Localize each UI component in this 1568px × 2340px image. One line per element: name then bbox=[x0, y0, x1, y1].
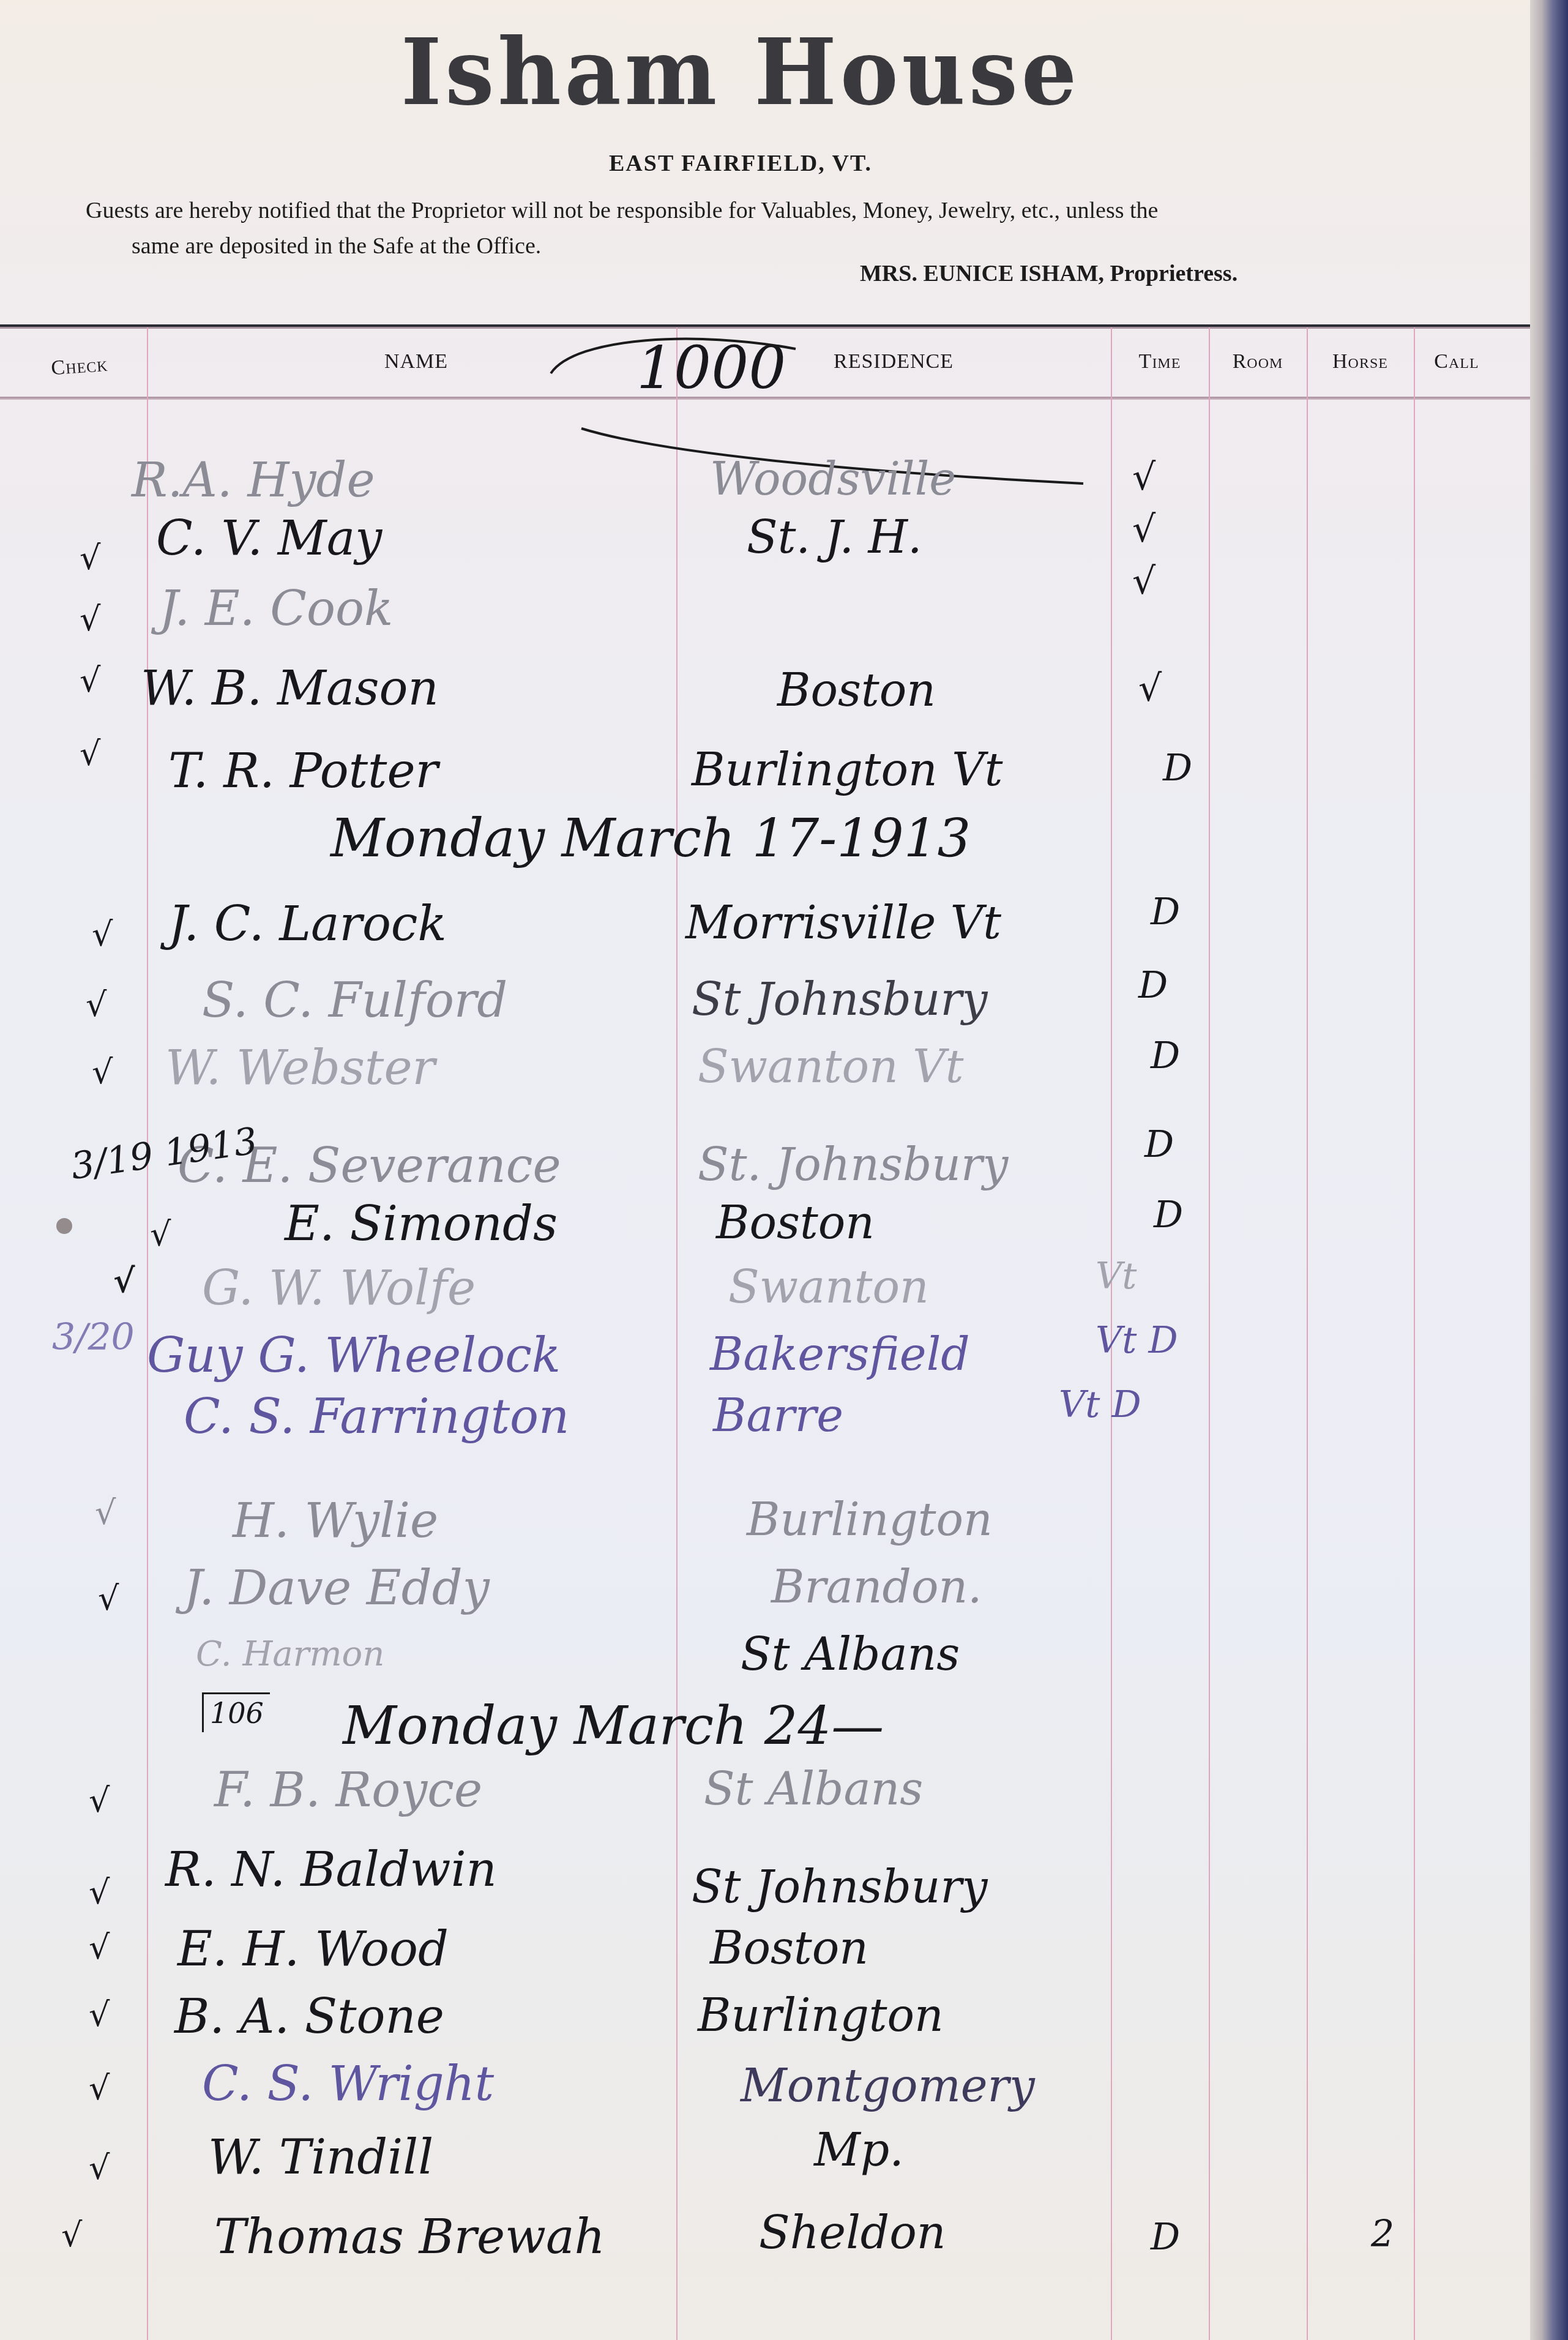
column-header-check: Check bbox=[24, 351, 135, 382]
guest-residence: St. J. H. bbox=[747, 511, 922, 564]
hotel-title: Isham House bbox=[37, 18, 1444, 126]
guest-residence: Burlington bbox=[698, 1989, 944, 2042]
guest-name: J. Dave Eddy bbox=[184, 1561, 490, 1616]
time-mark: √ bbox=[1132, 508, 1155, 551]
guest-count-note: 106 bbox=[202, 1692, 270, 1732]
time-mark: Vt bbox=[1096, 1255, 1137, 1298]
check-mark: √ bbox=[61, 2216, 82, 2254]
guest-residence: Mp. bbox=[814, 2124, 904, 2177]
time-mark: D bbox=[1138, 964, 1168, 1007]
margin-date-note: 3/20 bbox=[52, 1316, 135, 1359]
guest-residence: St Albans bbox=[741, 1628, 960, 1681]
time-mark: √ bbox=[1132, 456, 1155, 499]
guest-name: J. E. Cook bbox=[159, 581, 393, 637]
guest-name: G. W. Wolfe bbox=[202, 1261, 476, 1316]
guest-name: B. A. Stone bbox=[174, 1989, 444, 2044]
guest-residence: Barre bbox=[713, 1389, 843, 1442]
time-mark: √ bbox=[1138, 667, 1162, 710]
guest-name: W. B. Mason bbox=[141, 661, 439, 716]
guest-name: W. Webster bbox=[165, 1041, 435, 1096]
guest-residence: Brandon. bbox=[771, 1561, 982, 1613]
book-binding-edge bbox=[1530, 0, 1568, 2340]
check-mark: √ bbox=[92, 915, 113, 954]
time-mark: Vt D bbox=[1096, 1319, 1178, 1362]
check-mark: √ bbox=[89, 2069, 110, 2107]
check-mark: √ bbox=[113, 1261, 135, 1300]
guest-name: J. C. Larock bbox=[168, 897, 447, 952]
guest-name: H. Wylie bbox=[233, 1493, 438, 1549]
time-mark: D bbox=[1151, 2216, 1180, 2259]
guest-name: Thomas Brewah bbox=[214, 2210, 605, 2265]
check-mark: √ bbox=[89, 1781, 110, 1820]
hotel-location: EAST FAIRFIELD, VT. bbox=[0, 150, 1481, 177]
valuables-notice: Guests are hereby notified that the Prop… bbox=[86, 193, 1432, 264]
guest-residence: Woodsville bbox=[710, 453, 956, 506]
guest-residence: Burlington Vt bbox=[692, 744, 1002, 796]
guest-residence: Morrisville Vt bbox=[685, 897, 1001, 949]
time-mark: Vt D bbox=[1059, 1383, 1141, 1426]
guest-residence: St Albans bbox=[704, 1763, 923, 1815]
time-mark: D bbox=[1151, 891, 1180, 933]
check-mark: √ bbox=[80, 661, 100, 700]
column-divider bbox=[1414, 327, 1415, 2340]
check-mark: √ bbox=[89, 1928, 110, 1967]
check-mark: √ bbox=[86, 985, 106, 1024]
column-header-call: Call bbox=[1417, 350, 1496, 373]
check-mark: √ bbox=[80, 539, 100, 577]
guest-residence: Burlington bbox=[747, 1493, 993, 1546]
column-header-room: Room bbox=[1212, 350, 1304, 373]
guest-name: R. N. Baldwin bbox=[165, 1842, 497, 1897]
guest-name: T. R. Potter bbox=[168, 744, 438, 799]
column-divider bbox=[1209, 327, 1210, 2340]
time-mark: D bbox=[1144, 1123, 1174, 1166]
column-divider bbox=[676, 327, 678, 2340]
guest-name: R.A. Hyde bbox=[132, 453, 375, 508]
check-mark: √ bbox=[150, 1215, 171, 1254]
time-mark: D bbox=[1163, 747, 1192, 790]
check-mark: √ bbox=[92, 1053, 113, 1091]
check-mark: √ bbox=[89, 1995, 110, 2034]
guest-residence: Boston bbox=[777, 664, 936, 717]
check-mark: √ bbox=[89, 2148, 110, 2187]
guest-residence: Swanton Vt bbox=[698, 1041, 963, 1093]
guest-residence: St Johnsbury bbox=[692, 973, 988, 1026]
guest-name: C. V. May bbox=[156, 511, 382, 566]
time-mark: D bbox=[1154, 1194, 1183, 1236]
proprietress-name: MRS. EUNICE ISHAM, Proprietress. bbox=[860, 260, 1238, 287]
notice-line-2: same are deposited in the Safe at the Of… bbox=[86, 228, 1432, 264]
guest-name: Guy G. Wheelock bbox=[147, 1328, 561, 1383]
check-mark: √ bbox=[89, 1873, 110, 1912]
ink-blot bbox=[56, 1218, 72, 1234]
check-mark: √ bbox=[95, 1493, 116, 1532]
guest-residence: Sheldon bbox=[759, 2207, 946, 2259]
guest-name: C. S. Farrington bbox=[184, 1389, 569, 1445]
date-header: Monday March 24— bbox=[343, 1695, 884, 1757]
check-mark: √ bbox=[80, 600, 100, 638]
time-mark: √ bbox=[1132, 560, 1155, 603]
guest-residence: Bakersfield bbox=[710, 1328, 970, 1381]
guest-residence: St Johnsbury bbox=[692, 1861, 988, 1913]
ledger-page: Isham House EAST FAIRFIELD, VT. Guests a… bbox=[0, 0, 1530, 2340]
header-rule-top bbox=[0, 324, 1530, 329]
column-header-horse: Horse bbox=[1310, 350, 1411, 373]
guest-residence: Swanton bbox=[728, 1261, 929, 1314]
date-header: Monday March 17-1913 bbox=[330, 808, 971, 869]
guest-name: S. C. Fulford bbox=[202, 973, 507, 1028]
time-mark: D bbox=[1151, 1034, 1180, 1077]
column-divider bbox=[1307, 327, 1308, 2340]
guest-name: E. Simonds bbox=[285, 1197, 558, 1252]
guest-name: C. S. Wright bbox=[202, 2057, 494, 2112]
column-header-name: NAME bbox=[343, 350, 490, 373]
guest-residence: Boston bbox=[710, 1922, 868, 1975]
notice-line-1: Guests are hereby notified that the Prop… bbox=[86, 198, 1158, 223]
check-mark: √ bbox=[98, 1579, 119, 1618]
guest-name: W. Tindill bbox=[208, 2130, 433, 2185]
guest-residence: St. Johnsbury bbox=[698, 1138, 1008, 1191]
guest-residence: Boston bbox=[716, 1197, 875, 1249]
guest-residence: Montgomery bbox=[741, 2060, 1035, 2112]
guest-name: F. B. Royce bbox=[214, 1763, 482, 1818]
column-header-time: Time bbox=[1114, 350, 1206, 373]
guest-name: C. Harmon bbox=[196, 1634, 384, 1674]
guest-name: E. H. Wood bbox=[177, 1922, 449, 1977]
horse-mark: 2 bbox=[1371, 2213, 1394, 2256]
check-mark: √ bbox=[80, 735, 100, 773]
